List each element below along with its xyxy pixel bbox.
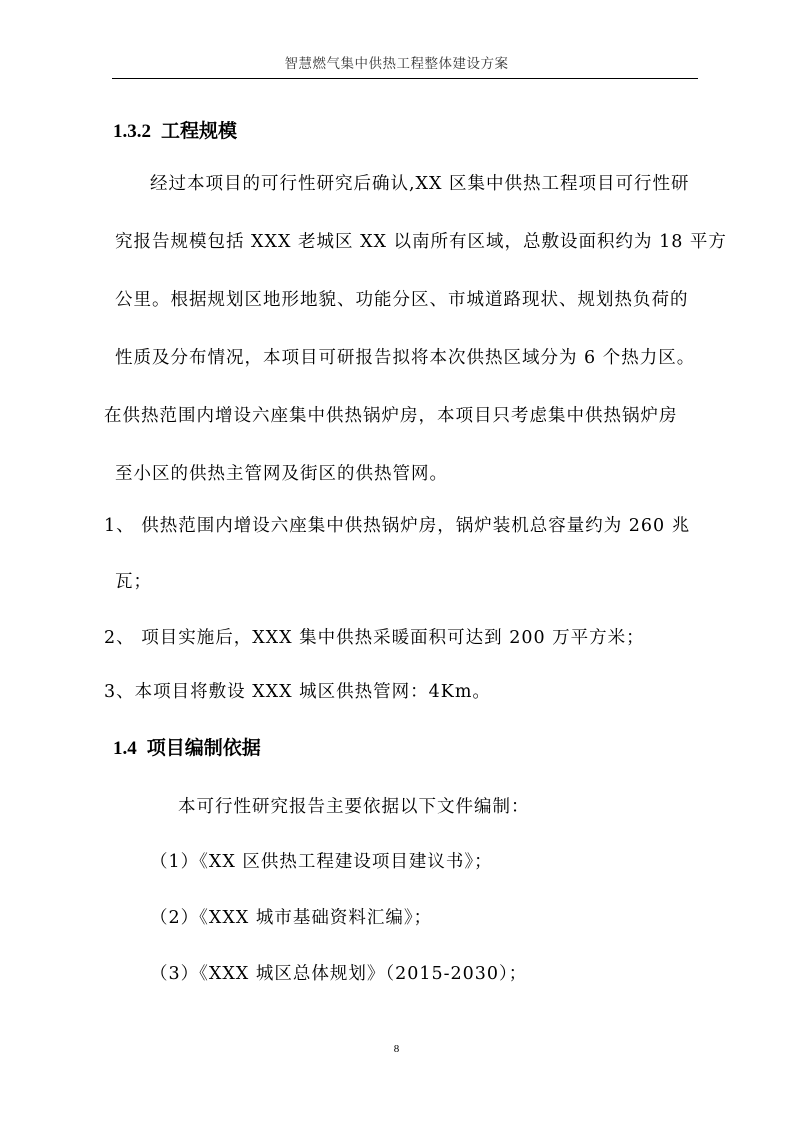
list-item: 1、 供热范围内增设六座集中供热锅炉房，锅炉装机总容量约为 260 兆 xyxy=(104,512,690,537)
section-heading-1-3-2: 1.3.2工程规模 xyxy=(113,116,237,143)
section-number: 1.4 xyxy=(113,738,137,759)
list-item: 3、本项目将敷设 XXX 城区供热管网：4Km。 xyxy=(104,678,491,703)
paragraph-line: 至小区的供热主管网及街区的供热管网。 xyxy=(115,460,448,485)
section-heading-1-4: 1.4项目编制依据 xyxy=(113,733,261,760)
paragraph-line: 在供热范围内增设六座集中供热锅炉房，本项目只考虑集中供热锅炉房 xyxy=(104,402,678,427)
paragraph-line: 性质及分布情况，本项目可研报告拟将本次供热区域分为 6 个热力区。 xyxy=(115,344,695,369)
paragraph-line: 究报告规模包括 XXX 老城区 XX 以南所有区域，总敷设面积约为 18 平方 xyxy=(115,228,727,253)
section-intro: 本可行性研究报告主要依据以下文件编制： xyxy=(178,793,530,818)
section-number: 1.3.2 xyxy=(113,121,151,142)
list-item: 2、 项目实施后，XXX 集中供热采暖面积可达到 200 万平方米； xyxy=(104,624,645,649)
paragraph-line: 经过本项目的可行性研究后确认,XX 区集中供热工程项目可行性研 xyxy=(150,170,690,195)
reference-item: （3）《XXX 城区总体规划》（2015-2030）； xyxy=(150,960,527,985)
reference-item: （2）《XXX 城市基础资料汇编》； xyxy=(150,904,432,929)
page-number: 8 xyxy=(0,1043,793,1055)
reference-item: （1）《XX 区供热工程建设项目建议书》； xyxy=(150,848,493,873)
header-rule xyxy=(112,78,698,79)
section-title: 工程规模 xyxy=(161,120,237,142)
page-header-title: 智慧燃气集中供热工程整体建设方案 xyxy=(0,52,793,72)
paragraph-line: 公里。根据规划区地形地貌、功能分区、市城道路现状、规划热负荷的 xyxy=(115,286,689,311)
list-item-continuation: 瓦； xyxy=(115,568,152,593)
section-title: 项目编制依据 xyxy=(147,737,261,759)
